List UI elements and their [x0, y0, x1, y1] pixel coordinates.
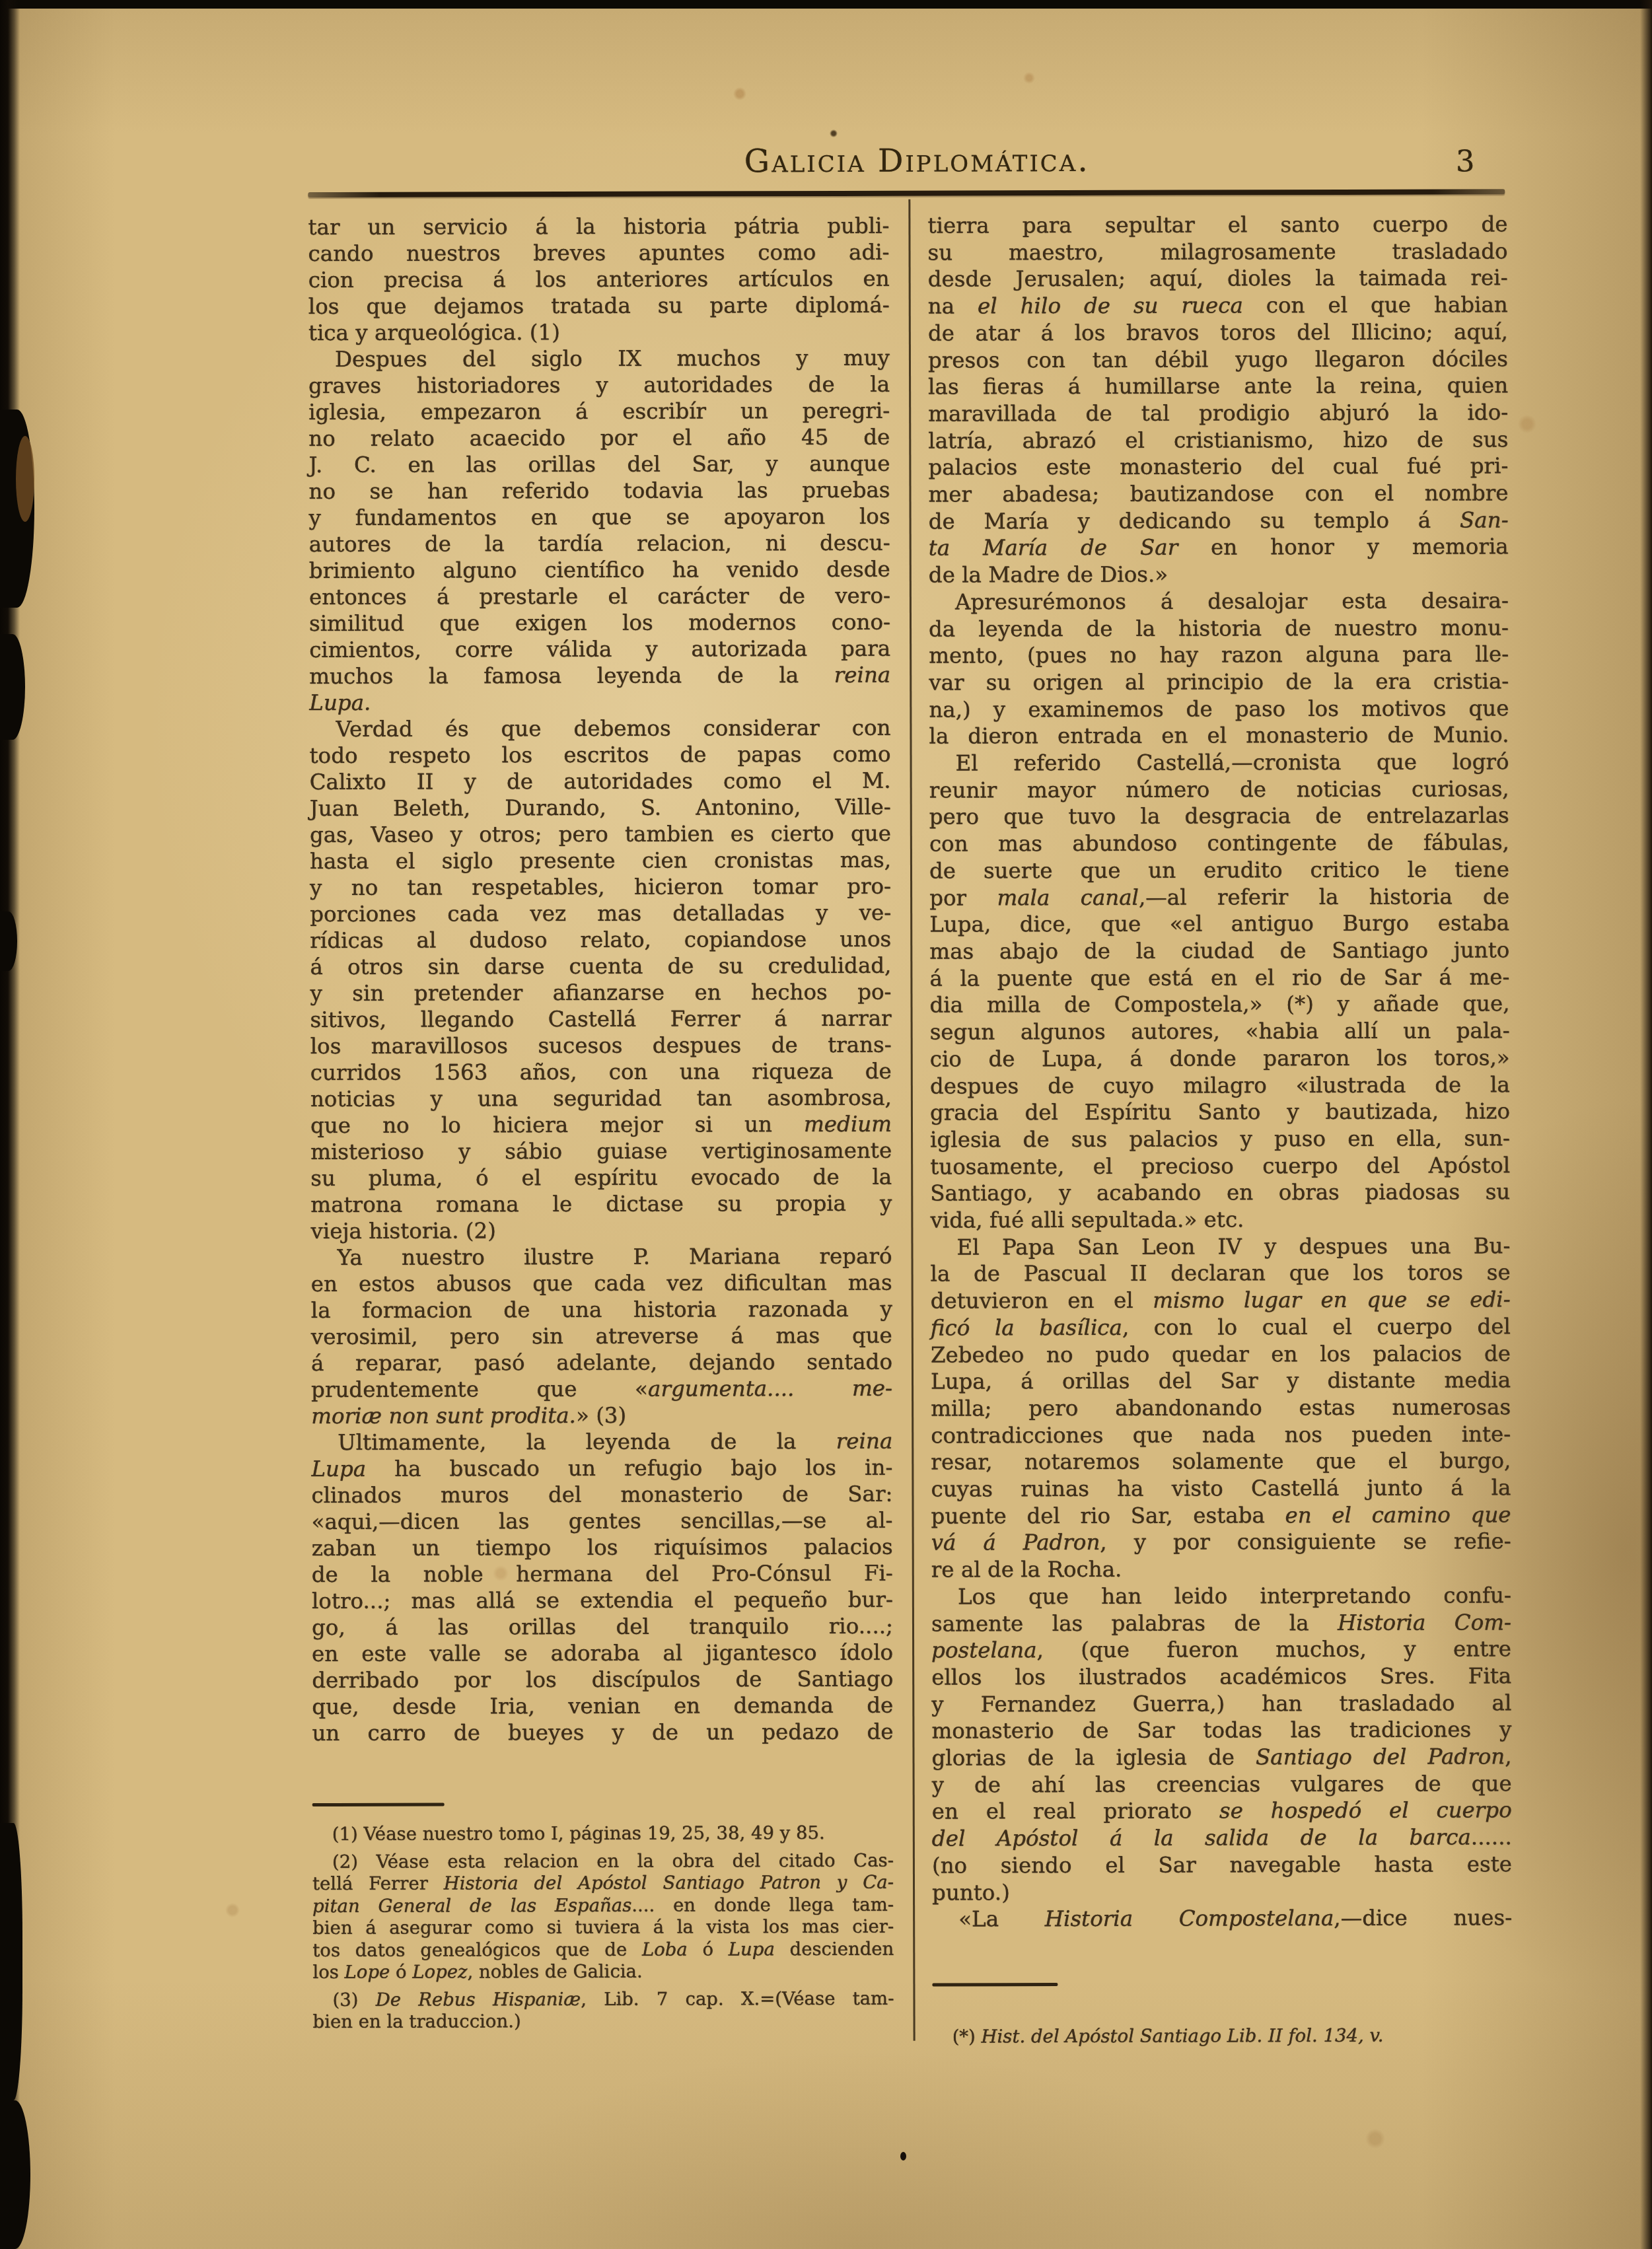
text-line: milla; pero abandonando estas numerosas	[931, 1394, 1511, 1422]
text-line: iglesia, empezaron á escribír un peregri…	[308, 398, 890, 425]
text-line: ta María de Sar en honor y memoria	[929, 534, 1509, 562]
text-line: á reparar, pasó adelante, dejando sentad…	[311, 1349, 892, 1376]
text-line: re al de la Rocha.	[931, 1555, 1511, 1583]
scan-edge-top	[0, 0, 1652, 9]
text-line: y no tan respetables, hicieron tomar pro…	[310, 873, 891, 901]
text-line: Verdad és que debemos considerar con	[309, 715, 890, 742]
ink-speck	[900, 2152, 906, 2160]
text-line: Apresurémonos á desalojar esta desaira-	[929, 587, 1509, 616]
text-line: graves historiadores y autoridades de la	[308, 371, 890, 399]
text-line: de la Madre de Dios.»	[929, 560, 1509, 589]
text-line: cio de Lupa, á donde pararon los toros,»	[930, 1044, 1510, 1073]
text-line: vá á Padron, y por consiguiente se refie…	[931, 1528, 1511, 1557]
footnote-line: los Lope ó Lopez, nobles de Galicia.	[312, 1960, 894, 1984]
text-line: ficó la basílica, con lo cual el cuerpo …	[931, 1313, 1511, 1341]
printed-area: Galicia Diplomática. 3 tar un servicio á…	[0, 0, 1652, 2249]
text-line: en este valle se adoraba al jigantesco í…	[312, 1639, 893, 1667]
text-line: que no lo hiciera mejor si un medium	[310, 1111, 892, 1139]
text-line: similitud que exigen los modernos cono-	[309, 609, 890, 637]
text-line: despues de cuyo milagro «ilustrada de la	[930, 1071, 1510, 1100]
text-line: de la noble hermana del Pro-Cónsul Fi-	[312, 1560, 893, 1588]
text-line: en estos abusos que cada vez dificultan …	[311, 1269, 892, 1297]
text-line: clinados muros del monasterio de Sar:	[311, 1481, 892, 1509]
text-line: segun algunos autores, «habia allí un pa…	[930, 1017, 1510, 1046]
text-line: go, á las orillas del tranquilo rio....;	[312, 1613, 893, 1641]
text-line: El referido Castellá,—cronista que logró	[929, 748, 1509, 777]
footnote-block: (2) Véase esta relacion en la obra del c…	[312, 1849, 894, 1983]
footnote-block: (*) Hist. del Apóstol Santiago Lib. II f…	[933, 2024, 1513, 2048]
text-line: presos con tan débil yugo llegaron dócil…	[928, 345, 1508, 374]
text-line: que, desde Iria, venian en demanda de	[312, 1692, 893, 1720]
text-line: Calixto II y de autoridades como el M.	[310, 768, 891, 795]
text-line: de atar á los bravos toros del Illicino;…	[928, 318, 1508, 347]
scan-edge-right	[1640, 0, 1652, 2249]
text-line: tar un servicio á la historia pátria pub…	[308, 213, 889, 240]
text-line: la formacion de una historia razonada y	[311, 1296, 892, 1324]
text-line: gracia del Espíritu Santo y bautizada, h…	[930, 1098, 1510, 1126]
text-line: cion precisa á los anteriores artículos …	[308, 266, 890, 293]
text-line: tuosamente, el precioso cuerpo del Apóst…	[930, 1152, 1510, 1180]
text-line: rídicas al dudoso relato, copiandose uno…	[310, 926, 891, 954]
text-line: «aqui,—dicen las gentes sencillas,—se al…	[312, 1507, 893, 1535]
footnote-line: (*) Hist. del Apóstol Santiago Lib. II f…	[933, 2024, 1513, 2048]
text-line: hasta el siglo presente cien cronistas m…	[310, 847, 891, 875]
text-line: cuyas ruinas ha visto Castellá junto á l…	[931, 1474, 1511, 1503]
text-line: porciones cada vez mas detalladas y ve-	[310, 900, 891, 927]
text-line: na el hilo de su rueca con el que habian	[928, 291, 1508, 320]
footnote-block: (1) Véase nuestro tomo I, páginas 19, 25…	[312, 1822, 894, 1846]
text-line: zaban un tiempo los riquísimos palacios	[312, 1534, 893, 1561]
binding-smudge	[16, 436, 34, 522]
header-rule	[308, 189, 1505, 197]
page-number: 3	[1456, 146, 1475, 176]
text-line: Lupa, á orillas del Sar y distante media	[931, 1367, 1511, 1396]
text-line: El Papa San Leon IV y despues una Bu-	[930, 1232, 1510, 1261]
text-line: su maestro, milagrosamente trasladado	[927, 238, 1507, 266]
text-line: la dieron entrada en el monasterio de Mu…	[929, 722, 1509, 750]
binding-blob	[0, 2100, 30, 2249]
text-line: na,) y examinemos de paso los motivos qu…	[929, 695, 1509, 723]
text-line: brimiento alguno científico ha venido de…	[309, 556, 890, 584]
text-line: J. C. en las orillas del Sar, y aunque	[308, 450, 890, 478]
text-line: gas, Vaseo y otros; pero tambien es cier…	[310, 820, 891, 848]
text-line: del Apóstol á la salida de la barca.....…	[932, 1824, 1512, 1852]
text-line: prudentemente que «argumenta.... me-	[311, 1375, 892, 1403]
scanned-page: Galicia Diplomática. 3 tar un servicio á…	[0, 0, 1652, 2249]
text-line: mento, (pues no hay razon alguna para ll…	[929, 641, 1509, 670]
text-line: pero que tuvo la desgracia de entrelazar…	[929, 803, 1509, 831]
text-line: tica y arqueológica. (1)	[308, 318, 890, 346]
text-line: desde Jerusalen; aquí, dioles la taimada…	[928, 265, 1508, 293]
text-line: Santiago, y acabando en obras piadosas s…	[930, 1179, 1510, 1207]
text-line: curridos 1563 años, con una riqueza de	[310, 1058, 892, 1086]
text-line: todo respeto los escritos de papas como	[309, 741, 890, 769]
text-line: latría, abrazó el cristianismo, hizo de …	[928, 426, 1508, 454]
text-line: las fieras á humillarse ante la reina, q…	[928, 373, 1508, 401]
text-line: con mas abundoso contingente de fábulas,	[929, 829, 1509, 857]
text-line: mas abajo de la ciudad de Santiago junto	[929, 937, 1509, 965]
text-line: var su origen al principio de la era cri…	[929, 668, 1509, 696]
text-line: noticias y una seguridad tan asombrosa,	[310, 1085, 892, 1112]
text-line: tierra para sepultar el santo cuerpo de	[927, 211, 1507, 239]
text-line: y fundamentos en que se apoyaron los	[309, 503, 890, 531]
text-line: postelana, (que fueron muchos, y entre	[931, 1636, 1511, 1664]
text-line: los que dejamos tratada su parte diplomá…	[308, 292, 890, 320]
text-line: de María y dedicando su templo á San-	[929, 507, 1509, 535]
text-line: derribado por los discípulos de Santiago	[312, 1666, 893, 1694]
text-line: un carro de bueyes y de un pedazo de	[312, 1719, 893, 1746]
footnote-line: (1) Véase nuestro tomo I, páginas 19, 25…	[312, 1822, 894, 1846]
text-line: los maravillosos sucesos despues de tran…	[310, 1032, 892, 1059]
text-line: samente las palabras de la Historia Com-	[931, 1609, 1511, 1637]
text-line: autores de la tardía relacion, ni descu-	[309, 530, 890, 557]
text-line: entonces á prestarle el carácter de vero…	[309, 583, 890, 610]
text-line: (no siendo el Sar navegable hasta este	[932, 1851, 1512, 1879]
text-line: da leyenda de la historia de nuestro mon…	[929, 614, 1509, 643]
footnote-line: pitan General de las Españas.... en dond…	[312, 1894, 894, 1917]
text-line: puente del rio Sar, estaba en el camino …	[931, 1501, 1511, 1530]
text-line: vieja historia. (2)	[310, 1217, 892, 1244]
text-line: sitivos, llegando Castellá Ferrer á narr…	[310, 1005, 892, 1033]
text-line: maravillada de tal prodigio abjuró la id…	[928, 399, 1508, 427]
footnote-line: tos datos genealógicos que de Loba ó Lup…	[312, 1938, 894, 1962]
text-line: por mala canal,—al referir la historia d…	[929, 883, 1509, 911]
text-line: cimientos, corre válida y autorizada par…	[309, 635, 890, 663]
text-line: Lupa ha buscado un refugio bajo los in-	[311, 1454, 892, 1482]
text-line: «La Historia Compostelana,—dice nues-	[932, 1905, 1512, 1933]
binding-blob	[0, 634, 25, 740]
text-line: misterioso y sábio guiase vertiginosamen…	[310, 1137, 892, 1165]
text-line: Lupa, dice, que «el antiguo Burgo estaba	[929, 910, 1509, 939]
footnote-line: bien en la traduccion.)	[313, 2010, 894, 2034]
binding-blob	[0, 911, 17, 971]
text-line: ellos los ilustrados académicos Sres. Fi…	[931, 1662, 1511, 1691]
text-line: contradicciones que nada nos pueden inte…	[931, 1421, 1511, 1449]
column-divider	[908, 199, 915, 2041]
footnote-line: (2) Véase esta relacion en la obra del c…	[312, 1849, 894, 1873]
text-line: su pluma, ó el espíritu evocado de la	[310, 1164, 892, 1192]
footnote-block: (3) De Rebus Hispaniæ, Lib. 7 cap. X.=(V…	[312, 1987, 894, 2033]
text-line: monasterio de Sar todas las tradiciones …	[931, 1717, 1511, 1745]
text-line: no relato acaecido por el año 45 de	[308, 424, 890, 452]
text-line: cando nuestros breves apuntes como adi-	[308, 239, 889, 267]
text-line: en el real priorato se hospedó el cuerpo	[932, 1797, 1512, 1826]
text-line: Los que han leido interpretando confu-	[931, 1582, 1511, 1610]
text-line: Lupa.	[309, 688, 890, 716]
binding-blob	[0, 1823, 22, 2100]
text-line: lotro...; mas allá se extendia el pequeñ…	[312, 1587, 893, 1614]
text-line: Zebedeo no pudo quedar en los palacios d…	[931, 1340, 1511, 1369]
footnote-separator	[312, 1803, 445, 1807]
text-line: de suerte que un erudito critico le tien…	[929, 856, 1509, 884]
text-line: Ultimamente, la leyenda de la reina	[311, 1428, 892, 1456]
footnote-line: tellá Ferrer Historia del Apóstol Santia…	[312, 1872, 894, 1896]
text-line: y Fernandez Guerra,) han trasladado al	[931, 1690, 1511, 1718]
text-line: y sin pretender afianzarse en hechos po-	[310, 979, 891, 1007]
text-line: dia milla de Compostela,» (*) y añade qu…	[929, 991, 1509, 1019]
text-line: punto.)	[932, 1878, 1512, 1906]
text-line: verosimil, pero sin atreverse á mas que	[311, 1322, 892, 1350]
text-line: mer abadesa; bautizandose con el nombre	[928, 480, 1508, 508]
text-line: á otros sin darse cuenta de su credulida…	[310, 952, 891, 980]
text-line: Despues del siglo IX muchos y muy	[308, 345, 890, 373]
text-line: reunir mayor número de noticias curiosas…	[929, 775, 1509, 804]
text-line: glorias de la iglesia de Santiago del Pa…	[931, 1743, 1511, 1771]
text-line: Ya nuestro ilustre P. Mariana reparó	[310, 1243, 892, 1271]
text-line: no se han referido todavia las pruebas	[308, 477, 890, 505]
text-line: moriæ non sunt prodita.» (3)	[311, 1402, 892, 1429]
text-line: la de Pascual II declaran que los toros …	[931, 1260, 1511, 1288]
text-line: á la puente que está en el rio de Sar á …	[929, 964, 1509, 992]
footnote-line: bien á asegurar como si tuviera á la vis…	[312, 1916, 894, 1940]
text-line: iglesia de sus palacios y puso en ella, …	[930, 1125, 1510, 1153]
left-column: tar un servicio á la historia pátria pub…	[308, 213, 894, 2034]
text-line: vida, fué alli sepultada.» etc.	[930, 1205, 1510, 1234]
text-line: detuvieron en el mismo lugar en que se e…	[931, 1286, 1511, 1314]
text-line: resar, notaremos solamente que el burgo,	[931, 1448, 1511, 1476]
page-title: Galicia Diplomática.	[744, 145, 1090, 177]
text-line: Juan Beleth, Durando, S. Antonino, Ville…	[310, 794, 891, 822]
text-line: matrona romana le dictase su propia y	[310, 1190, 892, 1218]
footnote-line: (3) De Rebus Hispaniæ, Lib. 7 cap. X.=(V…	[312, 1987, 894, 2011]
footnote-separator	[932, 1983, 1058, 1986]
text-line: y de ahí las creencias vulgares de que	[932, 1770, 1512, 1799]
text-line: muchos la famosa leyenda de la reina	[309, 662, 890, 690]
text-line: palacios este monasterio del cual fué pr…	[928, 453, 1508, 482]
right-column: tierra para sepultar el santo cuerpo des…	[927, 211, 1512, 2048]
